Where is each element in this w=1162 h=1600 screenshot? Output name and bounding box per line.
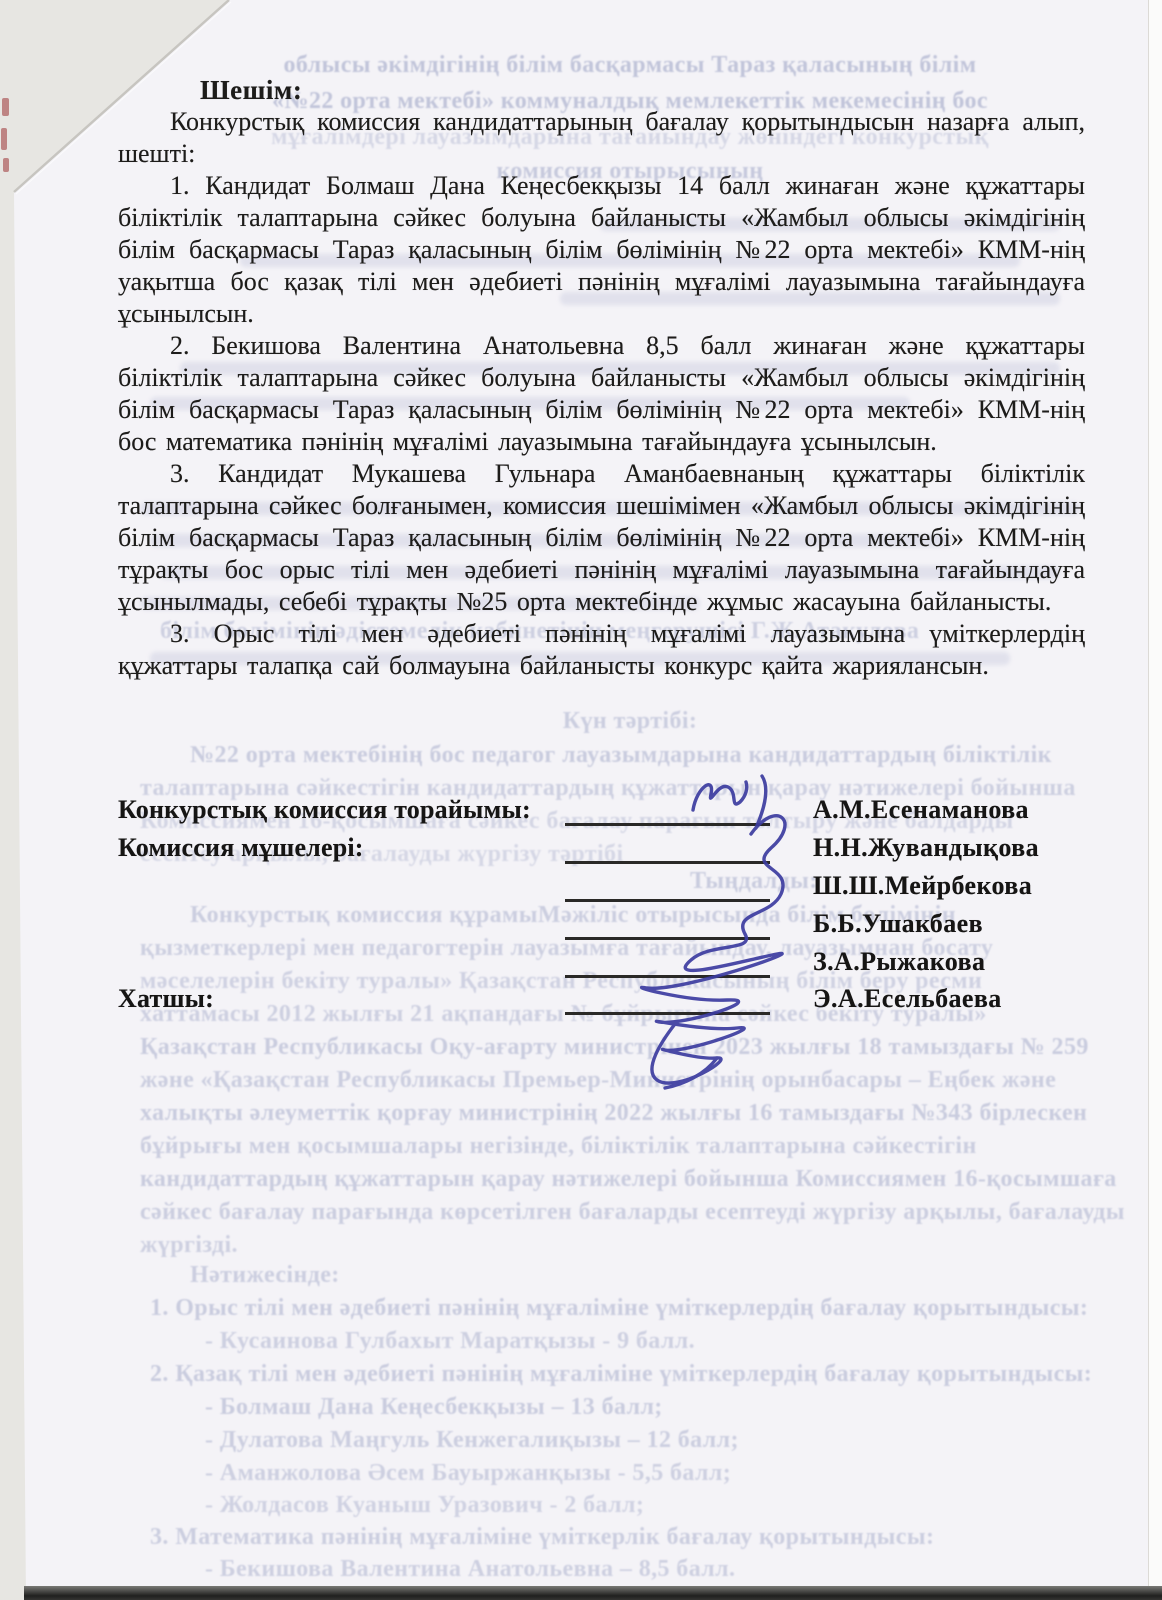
scan-edge-mark	[1, 128, 7, 150]
document-body: Шешім: Конкурстық комиссия кандидаттарын…	[118, 74, 1085, 682]
decision-item-4: 3. Орыс тілі мен әдебиеті пәнінің мұғалі…	[118, 618, 1085, 682]
signatory-name: Ш.Ш.Мейрбекова	[813, 871, 1032, 901]
signatory-name: А.М.Есенаманова	[813, 795, 1029, 825]
scan-edge-mark	[3, 158, 9, 172]
signature-row: З.А.Рыжакова	[0, 947, 1162, 983]
signature-role-label: Хатшы:	[118, 984, 214, 1014]
signature-row: Хатшы: Э.А.Есельбаева	[0, 984, 1162, 1020]
signatory-name: Э.А.Есельбаева	[813, 984, 1002, 1014]
signature-line	[565, 1012, 770, 1015]
signatory-name: Н.Н.Жувандықова	[813, 833, 1039, 863]
signature-line	[565, 937, 770, 940]
signature-line	[565, 823, 770, 826]
signature-role-label: Комиссия мұшелері:	[118, 833, 364, 863]
decision-item-2: 2. Бекишова Валентина Анатольевна 8,5 ба…	[118, 330, 1085, 458]
signature-row: Конкурстық комиссия торайымы: А.М.Есенам…	[0, 795, 1162, 831]
scan-right-edge	[1148, 0, 1162, 1586]
signature-row: Комиссия мұшелері: Н.Н.Жувандықова	[0, 833, 1162, 869]
decision-item-1: 1. Кандидат Болмаш Дана Кеңесбекқызы 14 …	[118, 170, 1085, 330]
signature-line	[565, 861, 770, 864]
decision-heading: Шешім:	[118, 74, 1085, 106]
decision-intro: Конкурстық комиссия кандидаттарының баға…	[118, 106, 1085, 170]
scan-edge-mark	[2, 98, 9, 116]
signature-row: Б.Б.Ушакбаев	[0, 909, 1162, 945]
signature-role-label: Конкурстық комиссия торайымы:	[118, 795, 531, 825]
decision-item-3: 3. Кандидат Мукашева Гульнара Аманбаевна…	[118, 458, 1085, 618]
signatory-name: З.А.Рыжакова	[813, 947, 985, 977]
scan-bottom-edge	[24, 1586, 1162, 1600]
signature-line	[565, 975, 770, 978]
scanned-decision-document: { "page": { "heading": "Шешім:", "paragr…	[0, 0, 1162, 1600]
signature-line	[565, 899, 770, 902]
signatory-name: Б.Б.Ушакбаев	[813, 909, 983, 939]
signature-row: Ш.Ш.Мейрбекова	[0, 871, 1162, 907]
